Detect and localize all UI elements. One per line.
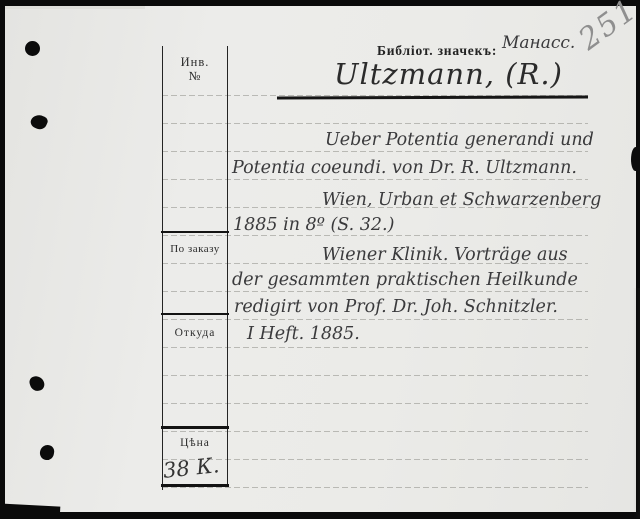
by-order-label: По заказу [162,243,228,255]
column-divider [161,313,229,316]
scan-edge-shade [633,288,640,518]
entry-line: Ueber Potentia generandi und [325,132,594,150]
pencil-page-number: 251 [574,0,640,56]
entry-line: Wiener Klinik. Vorträge aus [322,247,568,265]
column-divider [161,484,229,487]
scanned-catalog-card-page: Инв. № По заказу Откуда Цѣна Библіот. зн… [0,0,640,519]
entry-line: redigirt von Prof. Dr. Joh. Schnitzler. [234,299,558,317]
card-title-author: Ultzmann, (R.) [334,60,563,89]
column-right-line [227,46,229,487]
entry-line: I Heft. 1885. [247,326,360,344]
library-mark-value: Манасс. [502,35,575,52]
inventory-label-line1: Инв. [162,56,228,70]
price-value: 38 К. [162,455,220,482]
inventory-number-label: Инв. № [162,56,228,83]
entry-line: der gesammten praktischen Heilkunde [232,272,578,290]
price-label: Цѣна [162,437,228,449]
scan-border-right [636,0,640,282]
scan-edge-blob [631,147,640,171]
column-divider [161,426,229,429]
entry-line: 1885 in 8º (S. 32.) [233,217,394,235]
scan-edge-sliver [5,6,145,9]
scan-border-bottom-wedge [0,503,60,519]
column-left-line [162,46,164,490]
column-divider [161,231,229,234]
entry-line: Wien, Urban et Schwarzenberg [322,192,601,210]
origin-label: Откуда [162,327,228,339]
inventory-label-line2: № [162,70,228,84]
punch-hole [25,41,40,56]
entry-line: Potentia coeundi. von Dr. R. Ultzmann. [232,160,577,178]
catalog-card: Инв. № По заказу Откуда Цѣна Библіот. зн… [5,6,636,512]
